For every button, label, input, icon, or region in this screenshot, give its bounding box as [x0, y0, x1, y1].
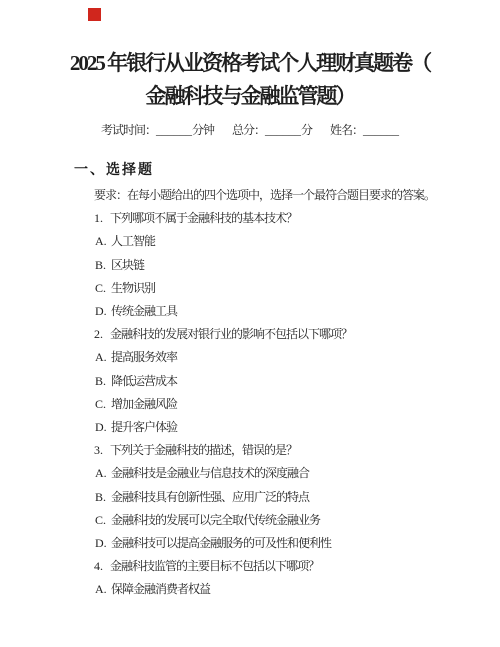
- option-label: D.: [95, 416, 111, 439]
- option-text: 金融科技可以提高金融服务的可及性和便利性: [111, 536, 331, 550]
- option-label: C.: [95, 393, 111, 416]
- name-label: 姓名：: [330, 123, 363, 137]
- option-text: 提升客户体验: [111, 420, 177, 434]
- exam-paper-page: 2025 年银行从业资格考试个人理财真题卷（ 金融科技与金融监管题） 考试时间：…: [0, 0, 500, 647]
- page-title: 2025 年银行从业资格考试个人理财真题卷（ 金融科技与金融监管题）: [0, 0, 500, 113]
- option-label: A.: [95, 462, 111, 485]
- question-number: 2.: [94, 323, 110, 346]
- option-line: B.区块链: [95, 254, 500, 277]
- exam-time-suffix: 分钟: [192, 123, 214, 137]
- option-text: 人工智能: [111, 234, 155, 248]
- total-score-blank: ______: [265, 123, 301, 137]
- page-title-line1: 2025 年银行从业资格考试个人理财真题卷（: [70, 51, 430, 75]
- name-blank: ______: [363, 123, 399, 137]
- option-line: A.人工智能: [95, 230, 500, 253]
- exam-info-line: 考试时间：______分钟总分：______分姓名：______: [0, 123, 500, 138]
- option-label: B.: [95, 254, 111, 277]
- question-number: 1.: [94, 207, 110, 230]
- option-line: B.金融科技具有创新性强、应用广泛的特点: [95, 486, 500, 509]
- option-label: B.: [95, 370, 111, 393]
- question-line: 3.下列关于金融科技的描述，错误的是？: [94, 439, 500, 462]
- question-number: 4.: [94, 555, 110, 578]
- page-title-line2: 金融科技与金融监管题）: [146, 84, 355, 108]
- option-text: 生物识别: [111, 281, 155, 295]
- option-line: C.生物识别: [95, 277, 500, 300]
- question-section: 要求：在每小题给出的四个选项中，选择一个最符合题目要求的答案。 1.下列哪项不属…: [0, 184, 500, 602]
- requirement-text: 要求：在每小题给出的四个选项中，选择一个最符合题目要求的答案。: [94, 184, 500, 207]
- question-line: 1.下列哪项不属于金融科技的基本技术？: [94, 207, 500, 230]
- red-corner-mark: [88, 8, 101, 21]
- option-line: D.金融科技可以提高金融服务的可及性和便利性: [95, 532, 500, 555]
- option-line: A.保障金融消费者权益: [95, 578, 500, 601]
- exam-time-label: 考试时间：: [101, 123, 156, 137]
- option-line: D.传统金融工具: [95, 300, 500, 323]
- option-label: A.: [95, 230, 111, 253]
- question-line: 4.金融科技监管的主要目标不包括以下哪项？: [94, 555, 500, 578]
- option-label: C.: [95, 509, 111, 532]
- question-text: 金融科技监管的主要目标不包括以下哪项？: [110, 559, 319, 573]
- option-text: 保障金融消费者权益: [111, 582, 210, 596]
- option-text: 降低运营成本: [111, 374, 177, 388]
- option-line: A.提高服务效率: [95, 346, 500, 369]
- option-text: 金融科技的发展可以完全取代传统金融业务: [111, 513, 320, 527]
- option-text: 增加金融风险: [111, 397, 177, 411]
- option-line: C.增加金融风险: [95, 393, 500, 416]
- option-label: A.: [95, 346, 111, 369]
- option-text: 金融科技具有创新性强、应用广泛的特点: [111, 490, 309, 504]
- option-line: D.提升客户体验: [95, 416, 500, 439]
- option-text: 提高服务效率: [111, 350, 177, 364]
- question-line: 2.金融科技的发展对银行业的影响不包括以下哪项？: [94, 323, 500, 346]
- option-text: 区块链: [111, 258, 144, 272]
- option-text: 金融科技是金融业与信息技术的深度融合: [111, 466, 309, 480]
- option-label: B.: [95, 486, 111, 509]
- question-text: 金融科技的发展对银行业的影响不包括以下哪项？: [110, 327, 352, 341]
- option-label: D.: [95, 300, 111, 323]
- question-text: 下列关于金融科技的描述，错误的是？: [110, 443, 297, 457]
- total-score-label: 总分：: [232, 123, 265, 137]
- question-text: 下列哪项不属于金融科技的基本技术？: [110, 211, 297, 225]
- option-label: A.: [95, 578, 111, 601]
- option-text: 传统金融工具: [111, 304, 177, 318]
- option-line: C.金融科技的发展可以完全取代传统金融业务: [95, 509, 500, 532]
- question-number: 3.: [94, 439, 110, 462]
- option-line: B.降低运营成本: [95, 370, 500, 393]
- total-score-suffix: 分: [301, 123, 312, 137]
- exam-time-blank: ______: [156, 123, 192, 137]
- questions: 1.下列哪项不属于金融科技的基本技术？A.人工智能B.区块链C.生物识别D.传统…: [0, 207, 500, 601]
- option-line: A.金融科技是金融业与信息技术的深度融合: [95, 462, 500, 485]
- section-heading: 一、选择题: [74, 163, 500, 179]
- option-label: D.: [95, 532, 111, 555]
- option-label: C.: [95, 277, 111, 300]
